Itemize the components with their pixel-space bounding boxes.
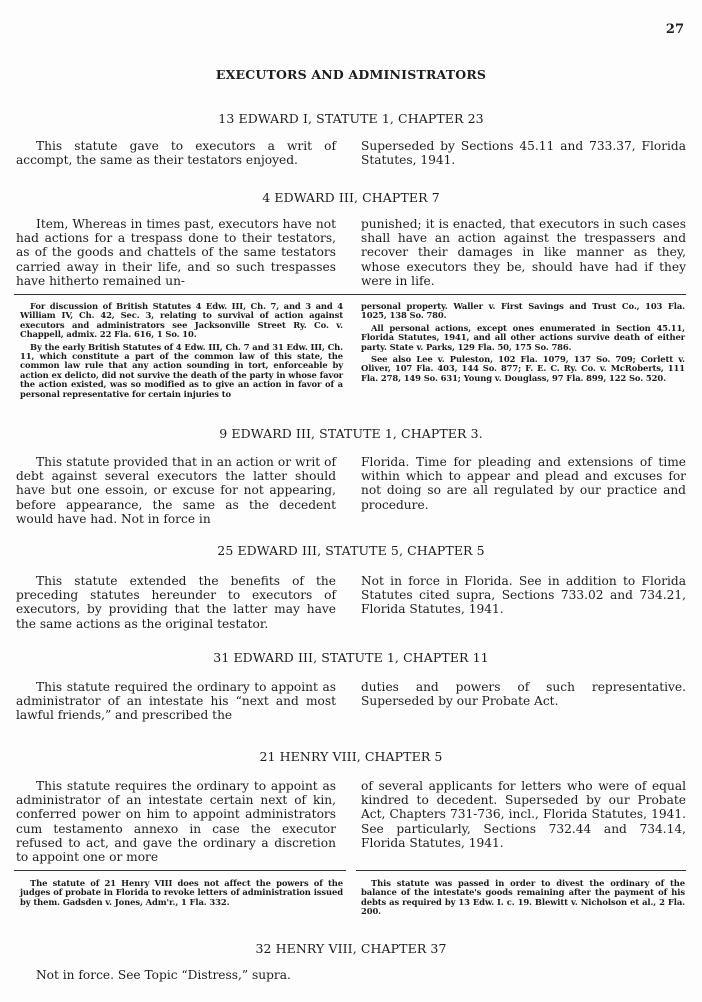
section-heading: 32 HENRY VIII, CHAPTER 37	[0, 941, 702, 956]
section-left-column: This statute extended the benefits of th…	[16, 574, 336, 631]
paragraph: This statute provided that in an action …	[16, 455, 336, 526]
paragraph: Item, Whereas in times past, executors h…	[16, 217, 336, 288]
paragraph: punished; it is enacted, that executors …	[361, 217, 686, 288]
footnotes-left: For discussion of British Statutes 4 Edw…	[20, 302, 343, 402]
paragraph: This statute requires the ordinary to ap…	[16, 779, 336, 864]
footnote: See also Lee v. Puleston, 102 Fla. 1079,…	[361, 355, 685, 383]
section-heading: 13 EDWARD I, STATUTE 1, CHAPTER 23	[0, 111, 702, 126]
section-heading: 21 HENRY VIII, CHAPTER 5	[0, 749, 702, 764]
paragraph: Not in force in Florida. See in addition…	[361, 574, 686, 617]
paragraph: This statute gave to executors a writ of…	[16, 139, 336, 167]
section-right-column: Superseded by Sections 45.11 and 733.37,…	[361, 139, 686, 167]
section-heading: 31 EDWARD III, STATUTE 1, CHAPTER 11	[0, 650, 702, 665]
paragraph: Florida. Time for pleading and extension…	[361, 455, 686, 512]
footnotes-right: This statute was passed in order to dive…	[361, 879, 685, 920]
section-heading: 4 EDWARD III, CHAPTER 7	[0, 190, 702, 205]
paragraph: This statute required the ordinary to ap…	[16, 680, 336, 723]
paragraph: duties and powers of such representative…	[361, 680, 686, 708]
section-right-column: punished; it is enacted, that executors …	[361, 217, 686, 288]
document-page: 27 EXECUTORS AND ADMINISTRATORS 13 EDWAR…	[0, 0, 702, 1002]
section-heading: 9 EDWARD III, STATUTE 1, CHAPTER 3.	[0, 426, 702, 441]
paragraph: Not in force. See Topic “Distress,” supr…	[36, 968, 291, 982]
footnote: By the early British Statutes of 4 Edw. …	[20, 343, 343, 399]
footnote-divider	[14, 294, 686, 295]
footnotes-right: personal property. Waller v. First Savin…	[361, 302, 685, 386]
paragraph: of several applicants for letters who we…	[361, 779, 686, 850]
section-left-column: Item, Whereas in times past, executors h…	[16, 217, 336, 288]
footnote-divider	[14, 870, 346, 871]
footnote: All personal actions, except ones enumer…	[361, 324, 685, 352]
page-number: 27	[666, 22, 684, 37]
section-left-column: This statute requires the ordinary to ap…	[16, 779, 336, 864]
section-left-column: This statute provided that in an action …	[16, 455, 336, 526]
footnote: The statute of 21 Henry VIII does not af…	[20, 879, 343, 907]
section-left-column: This statute required the ordinary to ap…	[16, 680, 336, 723]
section-heading: 25 EDWARD III, STATUTE 5, CHAPTER 5	[0, 543, 702, 558]
section-right-column: Florida. Time for pleading and extension…	[361, 455, 686, 512]
section-right-column: Not in force in Florida. See in addition…	[361, 574, 686, 617]
running-title: EXECUTORS AND ADMINISTRATORS	[0, 67, 702, 82]
section-left-column: This statute gave to executors a writ of…	[16, 139, 336, 167]
paragraph: This statute extended the benefits of th…	[16, 574, 336, 631]
footnote: personal property. Waller v. First Savin…	[361, 302, 685, 321]
paragraph: Superseded by Sections 45.11 and 733.37,…	[361, 139, 686, 167]
section-right-column: of several applicants for letters who we…	[361, 779, 686, 850]
footnotes-left: The statute of 21 Henry VIII does not af…	[20, 879, 343, 910]
footnote: This statute was passed in order to dive…	[361, 879, 685, 917]
footnote-divider	[356, 870, 686, 871]
section-right-column: duties and powers of such representative…	[361, 680, 686, 708]
footnote: For discussion of British Statutes 4 Edw…	[20, 302, 343, 340]
